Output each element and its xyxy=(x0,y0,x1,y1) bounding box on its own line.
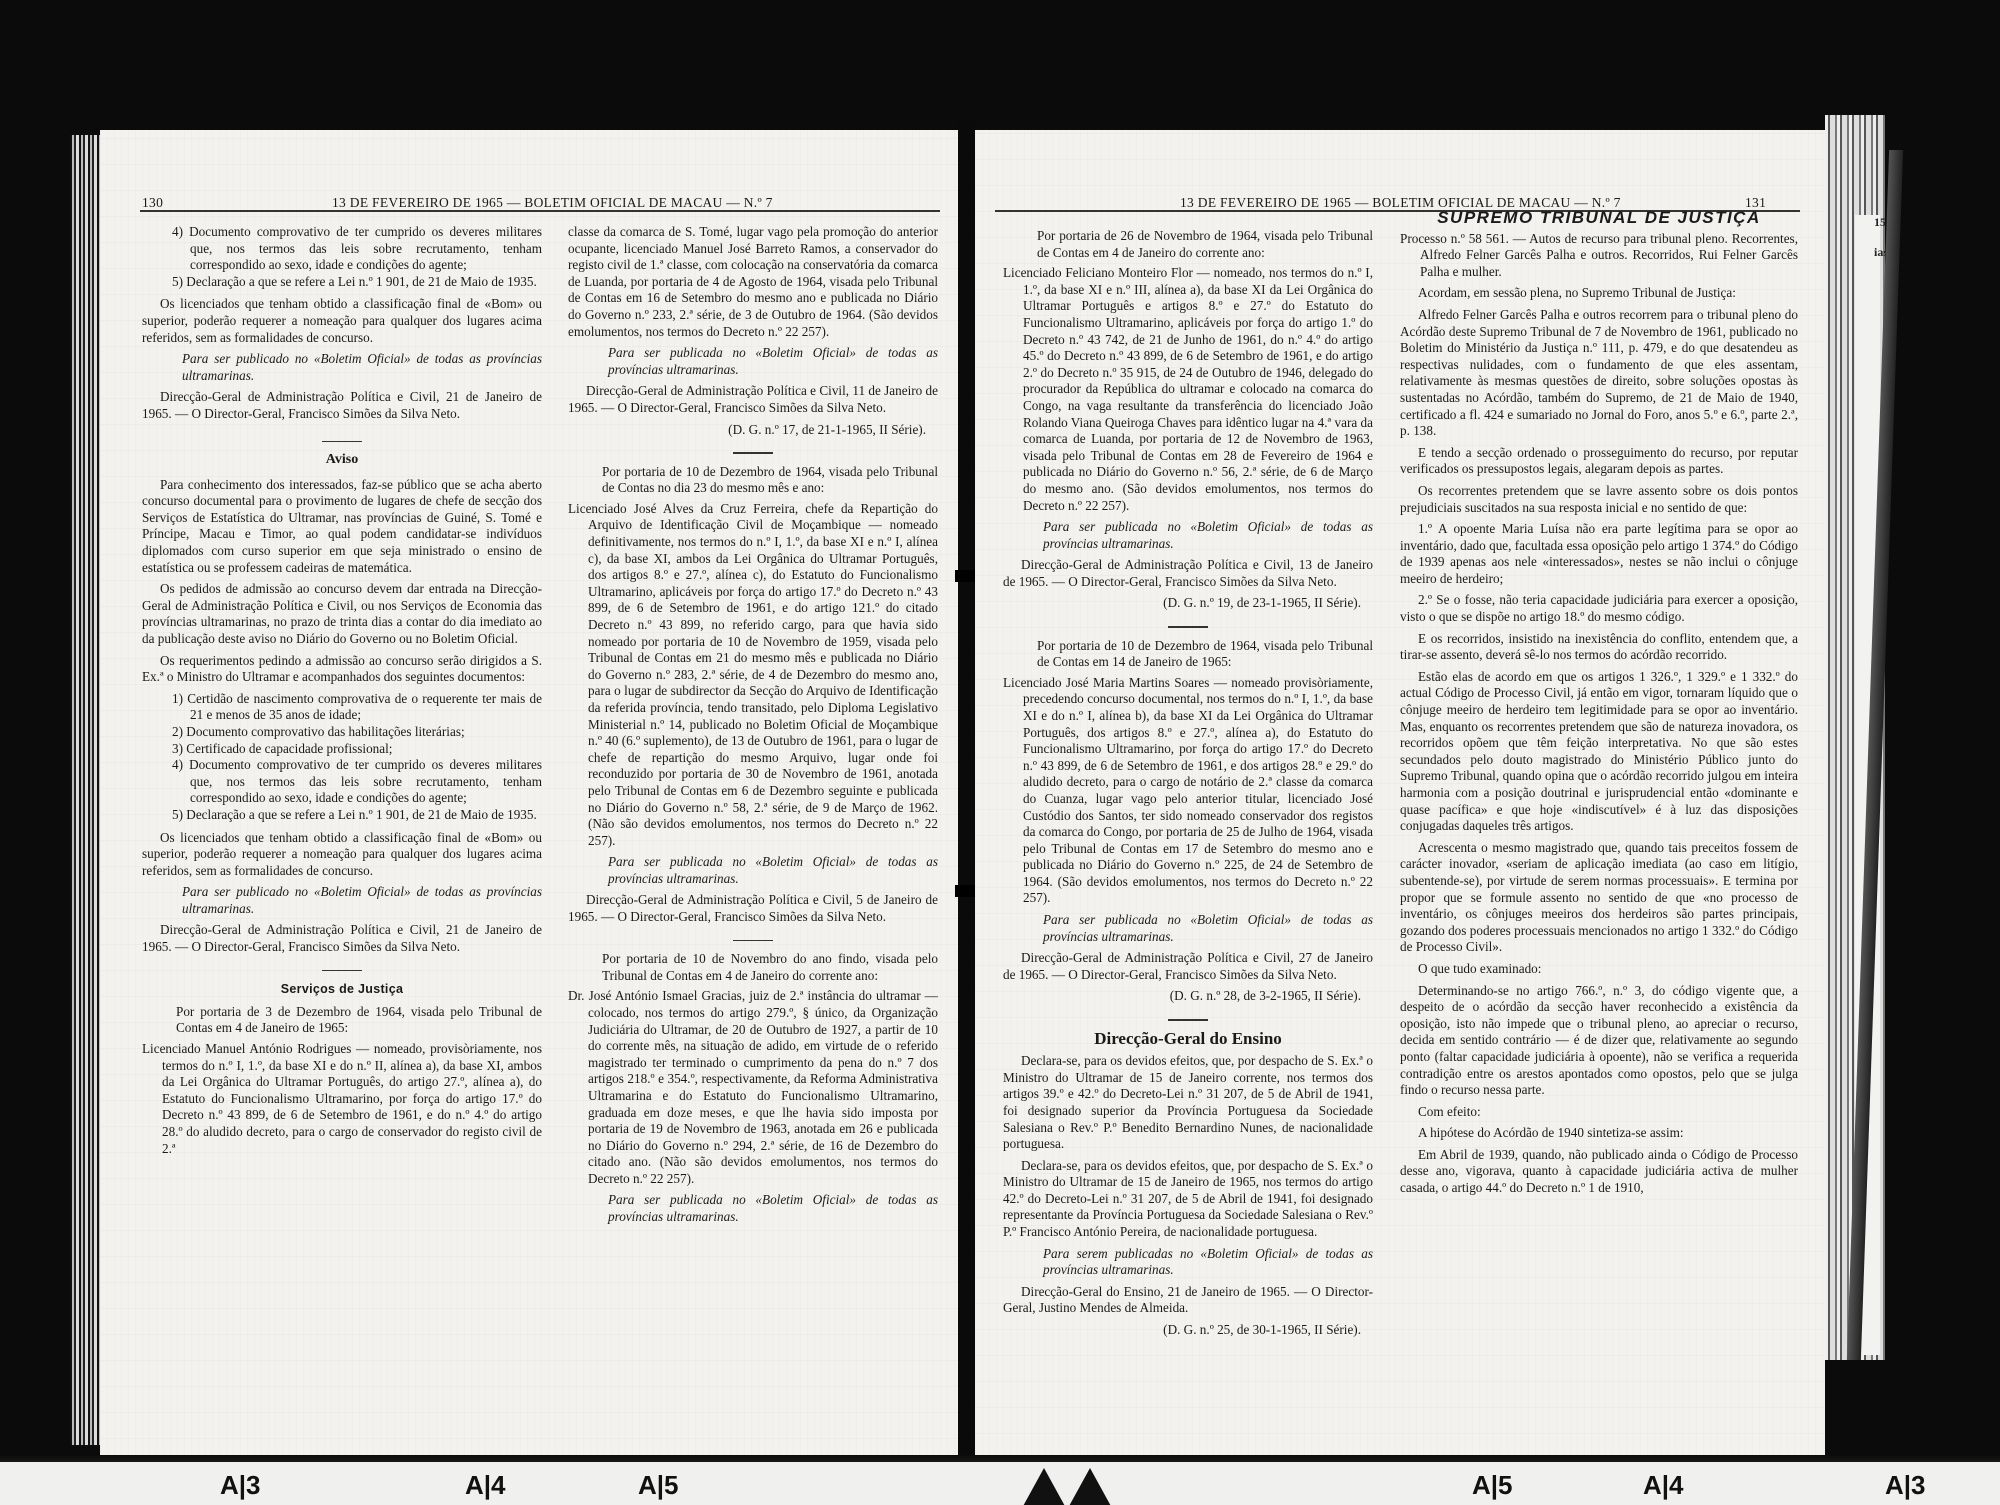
gutter-mark xyxy=(955,885,977,897)
paragraph: E os recorridos, insistido na inexistênc… xyxy=(1400,631,1798,664)
paragraph: Licenciado José Maria Martins Soares — n… xyxy=(1003,675,1373,907)
adjacent-page-fragment: 15 xyxy=(1874,215,1886,230)
signature: Direcção-Geral de Administração Política… xyxy=(142,922,542,955)
portaria-intro: Por portaria de 3 de Dezembro de 1964, v… xyxy=(142,1004,542,1037)
signature: Direcção-Geral de Administração Política… xyxy=(1003,950,1373,983)
frame-marker: A|5 xyxy=(638,1470,679,1501)
publication-note: Para ser publicada no «Boletim Oficial» … xyxy=(568,1192,938,1225)
gutter-mark xyxy=(955,570,977,582)
section-separator xyxy=(733,452,773,454)
list-item: 5) Declaração a que se refere a Lei n.º … xyxy=(142,274,542,291)
frame-marker: A|3 xyxy=(220,1470,261,1501)
paragraph: Declara-se, para os devidos efeitos, que… xyxy=(1003,1053,1373,1153)
heading-aviso: Aviso xyxy=(142,452,542,469)
center-arrow-icon xyxy=(1068,1468,1112,1505)
left-page-edges xyxy=(70,135,102,1445)
paragraph: Estão elas de acordo em que os artigos 1… xyxy=(1400,669,1798,835)
publication-note: Para ser publicado no «Boletim Oficial» … xyxy=(142,884,542,917)
paragraph: Dr. José António Ismael Gracias, juiz de… xyxy=(568,988,938,1187)
page-number: 130 xyxy=(142,195,163,211)
frame-marker: A|4 xyxy=(1643,1470,1684,1501)
column-right-2: SUPREMO TRIBUNAL DE JUSTIÇA Processo n.º… xyxy=(1400,224,1798,1202)
judgment-text: Acordam, em sessão plena, no Supremo Tri… xyxy=(1400,285,1798,1196)
paragraph: Os licenciados que tenham obtido a class… xyxy=(142,830,542,880)
portaria-intro: Por portaria de 26 de Novembro de 1964, … xyxy=(1003,228,1373,261)
publication-note: Para ser publicada no «Boletim Oficial» … xyxy=(568,345,938,378)
publication-note: Para ser publicada no «Boletim Oficial» … xyxy=(568,854,938,887)
paragraph: Alfredo Felner Garcês Palha e outros rec… xyxy=(1400,307,1798,440)
dg-reference: (D. G. n.º 25, de 30-1-1965, II Série). xyxy=(1003,1322,1373,1339)
paragraph: 2.º Se o fosse, não teria capacidade jud… xyxy=(1400,592,1798,625)
column-left-1: 4) Documento comprovativo de ter cumprid… xyxy=(142,224,542,1162)
dg-reference: (D. G. n.º 28, de 3-2-1965, II Série). xyxy=(1003,988,1373,1005)
signature: Direcção-Geral de Administração Política… xyxy=(568,383,938,416)
frame-marker: A|5 xyxy=(1472,1470,1513,1501)
paragraph: Os requerimentos pedindo a admissão ao c… xyxy=(142,653,542,686)
list-item: 2) Documento comprovativo das habilitaçõ… xyxy=(142,724,542,741)
paragraph: classe da comarca de S. Tomé, lugar vago… xyxy=(568,224,938,340)
paragraph: Acordam, em sessão plena, no Supremo Tri… xyxy=(1400,285,1798,302)
center-arrow-icon xyxy=(1022,1468,1066,1505)
column-left-2: classe da comarca de S. Tomé, lugar vago… xyxy=(568,224,938,1231)
publication-note: Para ser publicada no «Boletim Oficial» … xyxy=(1003,519,1373,552)
paragraph: Determinando-se no artigo 766.º, n.º 3, … xyxy=(1400,983,1798,1099)
paragraph: Licenciado José Alves da Cruz Ferreira, … xyxy=(568,501,938,849)
portaria-intro: Por portaria de 10 de Dezembro de 1964, … xyxy=(568,464,938,497)
section-separator xyxy=(322,441,362,443)
paragraph: Declara-se, para os devidos efeitos, que… xyxy=(1003,1158,1373,1241)
paragraph: Os pedidos de admissão ao concurso devem… xyxy=(142,581,542,647)
section-separator xyxy=(322,970,362,972)
list-item: 3) Certificado de capacidade profissiona… xyxy=(142,741,542,758)
header-rule xyxy=(140,210,940,212)
paragraph: Acrescenta o mesmo magistrado que, quand… xyxy=(1400,840,1798,956)
paragraph: Licenciado Manuel António Rodrigues — no… xyxy=(142,1041,542,1157)
section-separator xyxy=(733,940,773,942)
page-130: 130 13 DE FEVEREIRO DE 1965 — BOLETIM OF… xyxy=(100,130,958,1465)
paragraph: O que tudo examinado: xyxy=(1400,961,1798,978)
book-gutter xyxy=(958,120,975,1470)
paragraph: Em Abril de 1939, quando, não publicado … xyxy=(1400,1147,1798,1197)
running-head: 13 DE FEVEREIRO DE 1965 — BOLETIM OFICIA… xyxy=(332,195,773,211)
publication-note: Para ser publicada no «Boletim Oficial» … xyxy=(1003,912,1373,945)
portaria-intro: Por portaria de 10 de Dezembro de 1964, … xyxy=(1003,638,1373,671)
signature: Direcção-Geral de Administração Política… xyxy=(1003,557,1373,590)
list-item: 4) Documento comprovativo de ter cumprid… xyxy=(142,224,542,274)
heading-supremo-tribunal: SUPREMO TRIBUNAL DE JUSTIÇA xyxy=(1400,210,1798,227)
film-strip xyxy=(0,1462,2000,1505)
list-item: 4) Documento comprovativo de ter cumprid… xyxy=(142,757,542,807)
microfilm-scan: 130 13 DE FEVEREIRO DE 1965 — BOLETIM OF… xyxy=(0,0,2000,1505)
dg-reference: (D. G. n.º 17, de 21-1-1965, II Série). xyxy=(568,422,938,439)
signature: Direcção-Geral do Ensino, 21 de Janeiro … xyxy=(1003,1284,1373,1317)
page-131: 13 DE FEVEREIRO DE 1965 — BOLETIM OFICIA… xyxy=(975,130,1825,1460)
dg-reference: (D. G. n.º 19, de 23-1-1965, II Série). xyxy=(1003,595,1373,612)
column-right-1: Por portaria de 26 de Novembro de 1964, … xyxy=(1003,224,1373,1347)
paragraph: 1.º A opoente Maria Luísa não era parte … xyxy=(1400,521,1798,587)
section-separator xyxy=(1168,626,1208,628)
heading-direccao-geral-do-ensino: Direcção-Geral do Ensino xyxy=(1003,1031,1373,1048)
paragraph: Os recorrentes pretendem que se lavre as… xyxy=(1400,483,1798,516)
signature: Direcção-Geral de Administração Política… xyxy=(568,892,938,925)
section-separator xyxy=(1168,1019,1208,1021)
publication-note: Para serem publicadas no «Boletim Oficia… xyxy=(1003,1246,1373,1279)
signature: Direcção-Geral de Administração Política… xyxy=(142,389,542,422)
paragraph: E tendo a secção ordenado o prosseguimen… xyxy=(1400,445,1798,478)
paragraph: Os licenciados que tenham obtido a class… xyxy=(142,296,542,346)
list-item: 1) Certidão de nascimento comprovativa d… xyxy=(142,691,542,724)
frame-marker: A|3 xyxy=(1885,1470,1926,1501)
paragraph: Com efeito: xyxy=(1400,1104,1798,1121)
frame-marker: A|4 xyxy=(465,1470,506,1501)
paragraph: Para conhecimento dos interessados, faz-… xyxy=(142,477,542,577)
heading-servicos-de-justica: Serviços de Justiça xyxy=(142,981,542,998)
publication-note: Para ser publicado no «Boletim Oficial» … xyxy=(142,351,542,384)
paragraph: A hipótese do Acórdão de 1940 sintetiza-… xyxy=(1400,1125,1798,1142)
paragraph: Licenciado Feliciano Monteiro Flor — nom… xyxy=(1003,265,1373,514)
processo-reference: Processo n.º 58 561. — Autos de recurso … xyxy=(1400,231,1798,281)
portaria-intro: Por portaria de 10 de Novembro do ano fi… xyxy=(568,951,938,984)
list-item: 5) Declaração a que se refere a Lei n.º … xyxy=(142,807,542,824)
